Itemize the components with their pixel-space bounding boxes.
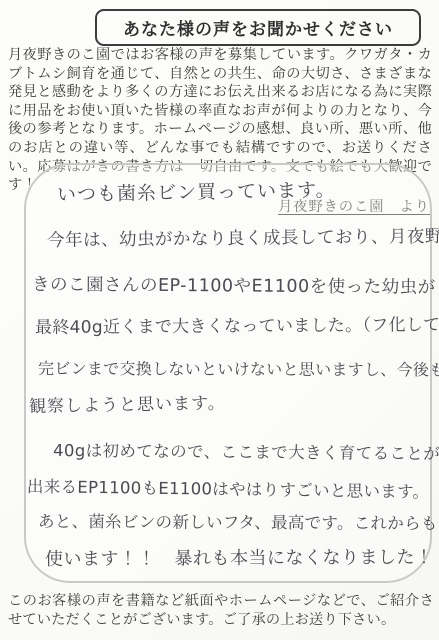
handwritten-note-card: いつも菌糸ビン買っています。 今年は、幼虫がかなり良く成長しており、月夜野 きの… — [24, 163, 432, 583]
handwritten-line: 使います！！ 暴れも本当になくなりました！ — [45, 543, 434, 571]
handwritten-line: きのこ園さんのEP-1100やE1100を使った幼虫が — [32, 271, 436, 299]
handwritten-line: 40gは初めてなので、ここまで大きく育てることが — [53, 437, 439, 464]
handwritten-line: 出来るEP1100もE1100はやはりすごいと思います。 — [27, 473, 430, 503]
header-title-box: あなた様の声をお聞かせください — [95, 9, 421, 46]
feedback-postcard-scan: あなた様の声をお聞かせください 月夜野きのこ園ではお客様の声を募集しています。ク… — [0, 0, 439, 640]
footer-note: このお客様の声を書籍など紙面やホームページなどで、ご紹介させていただくことがござ… — [8, 592, 434, 630]
handwritten-line: 最終40g近くまで大きくなっていました。（フ化して7ヶ月） — [35, 310, 439, 338]
handwritten-line: 今年は、幼虫がかなり良く成長しており、月夜野 — [47, 223, 439, 252]
page-title: あなた様の声をお聞かせください — [123, 15, 393, 40]
handwritten-line: いつも菌糸ビン買っています。 — [57, 175, 336, 207]
handwritten-line: あと、菌糸ビンの新しいフタ、最高です。これからも — [38, 508, 438, 534]
handwritten-line: 完ビンまで交換しないといけないと思いますし、今後も — [38, 356, 439, 380]
handwritten-line: 観察しようと思います。 — [29, 389, 226, 417]
